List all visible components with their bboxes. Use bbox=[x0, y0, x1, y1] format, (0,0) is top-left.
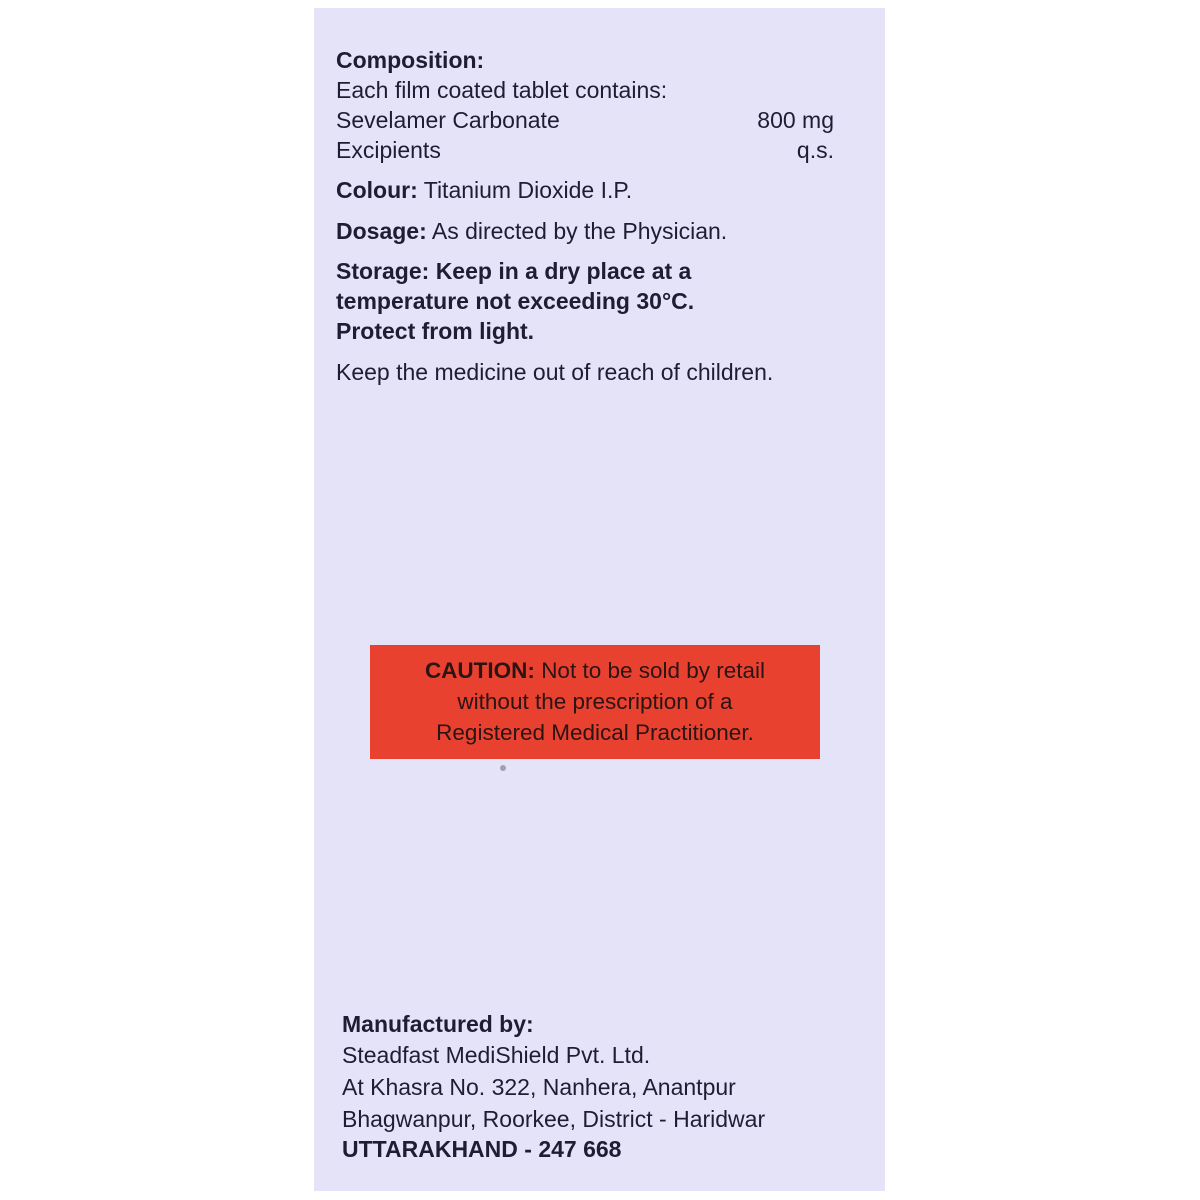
composition-heading: Composition: bbox=[336, 46, 484, 74]
composition-intro: Each film coated tablet contains: bbox=[336, 76, 667, 104]
manufacturer-line: Steadfast MediShield Pvt. Ltd. bbox=[342, 1041, 650, 1069]
colour-line: Colour: Titanium Dioxide I.P. bbox=[336, 176, 632, 204]
ingredient-row: Sevelamer Carbonate 800 mg bbox=[336, 106, 834, 134]
ingredient-amount: q.s. bbox=[797, 136, 834, 164]
ingredient-amount: 800 mg bbox=[757, 106, 834, 134]
caution-line-2: without the prescription of a bbox=[370, 686, 820, 717]
carton-panel: Composition: Each film coated tablet con… bbox=[314, 8, 885, 1191]
caution-label: CAUTION: bbox=[425, 658, 535, 683]
children-warning: Keep the medicine out of reach of childr… bbox=[336, 358, 773, 386]
caution-line-1: CAUTION: Not to be sold by retail bbox=[370, 655, 820, 686]
dosage-value: As directed by the Physician. bbox=[432, 218, 727, 244]
storage-line-1: Storage: Keep in a dry place at a bbox=[336, 257, 691, 285]
dosage-line: Dosage: As directed by the Physician. bbox=[336, 217, 727, 245]
colour-value: Titanium Dioxide I.P. bbox=[424, 177, 632, 203]
storage-label: Storage: bbox=[336, 258, 429, 284]
dosage-label: Dosage: bbox=[336, 218, 427, 244]
manufacturer-line: Bhagwanpur, Roorkee, District - Haridwar bbox=[342, 1105, 765, 1133]
ingredient-name: Sevelamer Carbonate bbox=[336, 106, 560, 134]
caution-box: CAUTION: Not to be sold by retail withou… bbox=[370, 645, 820, 759]
storage-line-3: Protect from light. bbox=[336, 317, 534, 345]
manufacturer-state: UTTARAKHAND - 247 668 bbox=[342, 1135, 621, 1163]
manufacturer-line: At Khasra No. 322, Nanhera, Anantpur bbox=[342, 1073, 736, 1101]
storage-line-2: temperature not exceeding 30°C. bbox=[336, 287, 694, 315]
caution-line-3: Registered Medical Practitioner. bbox=[370, 717, 820, 748]
manufacturer-heading: Manufactured by: bbox=[342, 1010, 534, 1038]
caution-text: Not to be sold by retail bbox=[541, 658, 765, 683]
colour-label: Colour: bbox=[336, 177, 418, 203]
storage-text: Keep in a dry place at a bbox=[436, 258, 692, 284]
ingredient-row: Excipients q.s. bbox=[336, 136, 834, 164]
ingredient-name: Excipients bbox=[336, 136, 441, 164]
print-speck bbox=[500, 765, 506, 771]
